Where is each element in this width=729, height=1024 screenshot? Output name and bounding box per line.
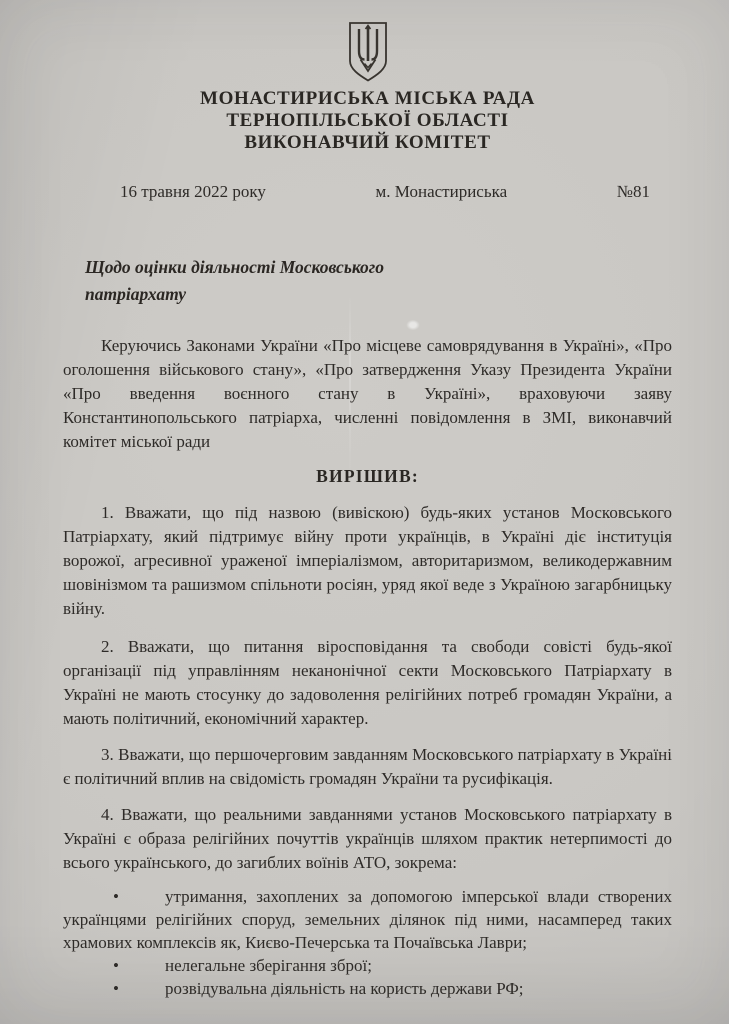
ukraine-trident-icon — [347, 21, 389, 83]
bullet-list: •утримання, захоплених за допомогою імпе… — [63, 885, 672, 1000]
bullet-item-text: нелегальне зберігання зброї; — [165, 956, 372, 975]
doc-subject-line2: патріархату — [85, 281, 672, 308]
bullet-item: •нелегальне зберігання зброї; — [63, 954, 672, 977]
org-name-line2: ТЕРНОПІЛЬСЬКОЇ ОБЛАСТІ — [63, 110, 672, 132]
bullet-marker: • — [113, 977, 165, 1000]
doc-date: 16 травня 2022 року — [120, 182, 266, 202]
decision-heading: ВИРІШИВ: — [63, 466, 672, 487]
bullet-item-text: розвідувальна діяльність на користь держ… — [165, 979, 524, 998]
decision-item-3: 3. Вважати, що першочерговим завданням М… — [63, 743, 672, 791]
bullet-marker: • — [113, 954, 165, 977]
document-content: МОНАСТИРИСЬКА МІСЬКА РАДА ТЕРНОПІЛЬСЬКОЇ… — [0, 0, 729, 1024]
bullet-item: •розвідувальна діяльність на користь дер… — [63, 977, 672, 1000]
decision-item-2: 2. Вважати, що питання віросповідання та… — [63, 635, 672, 731]
org-name-line3: ВИКОНАВЧИЙ КОМІТЕТ — [63, 132, 672, 154]
document-page: МОНАСТИРИСЬКА МІСЬКА РАДА ТЕРНОПІЛЬСЬКОЇ… — [0, 0, 729, 1024]
preamble-paragraph: Керуючись Законами України «Про місцеве … — [63, 334, 672, 454]
doc-number: №81 — [617, 182, 650, 202]
bullet-item: •утримання, захоплених за допомогою імпе… — [63, 885, 672, 954]
doc-subject: Щодо оцінки діяльності Московського патр… — [63, 254, 672, 308]
org-name-line1: МОНАСТИРИСЬКА МІСЬКА РАДА — [63, 88, 672, 110]
bullet-marker: • — [113, 885, 165, 908]
meta-row: 16 травня 2022 року м. Монастириська №81 — [63, 182, 672, 202]
decision-item-1: 1. Вважати, що під назвою (вивіскою) буд… — [63, 501, 672, 621]
doc-subject-line1: Щодо оцінки діяльності Московського — [85, 254, 672, 281]
doc-place: м. Монастириська — [376, 182, 508, 202]
decision-item-4: 4. Вважати, що реальними завданнями уста… — [63, 803, 672, 875]
